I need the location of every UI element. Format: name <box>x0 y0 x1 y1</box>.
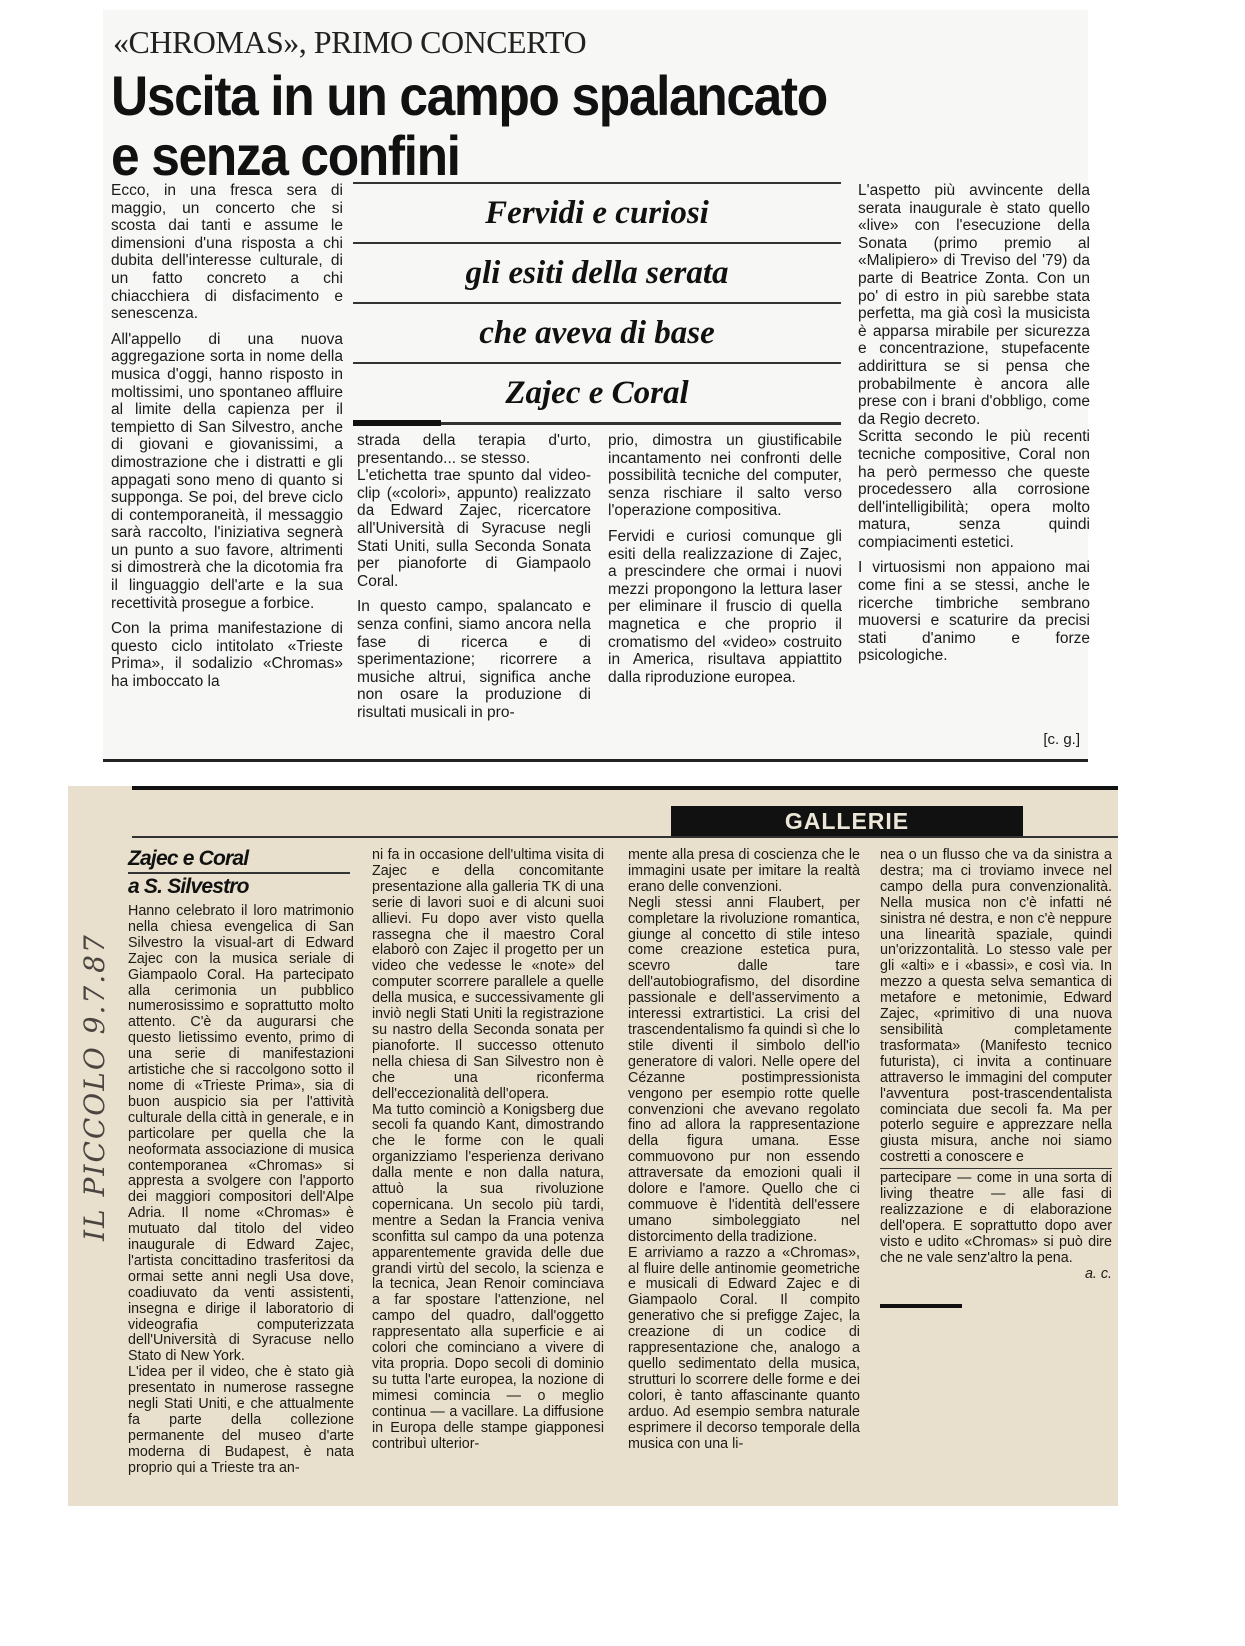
newspaper-clipping-gallerie: GALLERIE IL PICCOLO 9.7.87 Zajec e Coral… <box>68 786 1118 1506</box>
article-column-3: mente alla presa di coscienza che le imm… <box>628 848 860 1452</box>
paragraph: All'appello di una nuova aggregazione so… <box>111 331 343 613</box>
headline-line-1: Uscita in un campo spalancato <box>111 66 827 126</box>
paragraph: In questo campo, spalancato e senza conf… <box>357 598 591 721</box>
divider-accent <box>353 420 441 426</box>
article-column-4: nea o un flusso che va da sinistra a des… <box>880 848 1112 1282</box>
article-title: Zajec e Coral a S. Silvestro <box>128 846 350 900</box>
article-column-2: strada della terapia d'urto, presentando… <box>357 432 591 730</box>
section-rule <box>132 836 1118 838</box>
title-line-2: a S. Silvestro <box>128 875 249 898</box>
subheadline-deck: Fervidi e curiosi gli esiti della serata… <box>353 182 841 422</box>
paragraph: partecipare — come in una sorta di livin… <box>880 1168 1112 1266</box>
paragraph: mente alla presa di coscienza che le imm… <box>628 848 860 896</box>
article-column-2: ni fa in occasione dell'ultima visita di… <box>372 848 604 1452</box>
paragraph: Scritta secondo le più recenti tecniche … <box>858 428 1090 551</box>
bottom-rule <box>103 759 1088 762</box>
deck-line-3: che aveva di base <box>353 304 841 362</box>
top-rule <box>132 786 1118 790</box>
paragraph: prio, dimostra un giustificabile incanta… <box>608 432 842 520</box>
paragraph: Ecco, in una fresca sera di maggio, un c… <box>111 182 343 323</box>
paragraph: L'idea per il video, che è stato già pre… <box>128 1365 354 1476</box>
divider <box>353 422 841 425</box>
newspaper-clipping-chromas-concert: «CHROMAS», PRIMO CONCERTO Uscita in un c… <box>103 10 1088 762</box>
author-signature: [c. g.] <box>1043 731 1080 748</box>
handwritten-source-note: IL PICCOLO 9.7.87 <box>78 933 111 1241</box>
deck-line-2: gli esiti della serata <box>353 244 841 302</box>
article-column-4: L'aspetto più avvincente della serata in… <box>858 182 1090 673</box>
title-line-1: Zajec e Coral <box>128 846 350 874</box>
article-column-1: Ecco, in una fresca sera di maggio, un c… <box>111 182 343 699</box>
headline: Uscita in un campo spalancato e senza co… <box>111 66 827 186</box>
article-column-1: Hanno celebrato il loro matrimonio nella… <box>128 904 354 1477</box>
paragraph: L'etichetta trae spunto dal video-clip (… <box>357 467 591 590</box>
kicker: «CHROMAS», PRIMO CONCERTO <box>113 24 586 61</box>
paragraph: L'aspetto più avvincente della serata in… <box>858 182 1090 428</box>
section-banner: GALLERIE <box>671 806 1023 836</box>
deck-line-1: Fervidi e curiosi <box>353 184 841 242</box>
author-signature: a. c. <box>880 1267 1112 1283</box>
paragraph: Hanno celebrato il loro matrimonio nella… <box>128 904 354 1365</box>
paragraph: E arriviamo a razzo a «Chromas», al flui… <box>628 1246 860 1453</box>
deck-line-4: Zajec e Coral <box>353 364 841 422</box>
paragraph: ni fa in occasione dell'ultima visita di… <box>372 848 604 1103</box>
paragraph: Fervidi e curiosi comunque gli esiti del… <box>608 528 842 686</box>
paragraph: I virtuosismi non appaiono mai come fini… <box>858 559 1090 665</box>
article-column-3: prio, dimostra un giustificabile incanta… <box>608 432 842 694</box>
headline-line-2: e senza confini <box>111 126 827 186</box>
paragraph: Negli stessi anni Flaubert, per completa… <box>628 896 860 1246</box>
paragraph: Con la prima manifestazione di questo ci… <box>111 620 343 690</box>
end-bar <box>880 1304 962 1308</box>
paragraph: nea o un flusso che va da sinistra a des… <box>880 848 1112 1166</box>
paragraph: Ma tutto cominciò a Konigsberg due secol… <box>372 1103 604 1453</box>
paragraph: strada della terapia d'urto, presentando… <box>357 432 591 467</box>
